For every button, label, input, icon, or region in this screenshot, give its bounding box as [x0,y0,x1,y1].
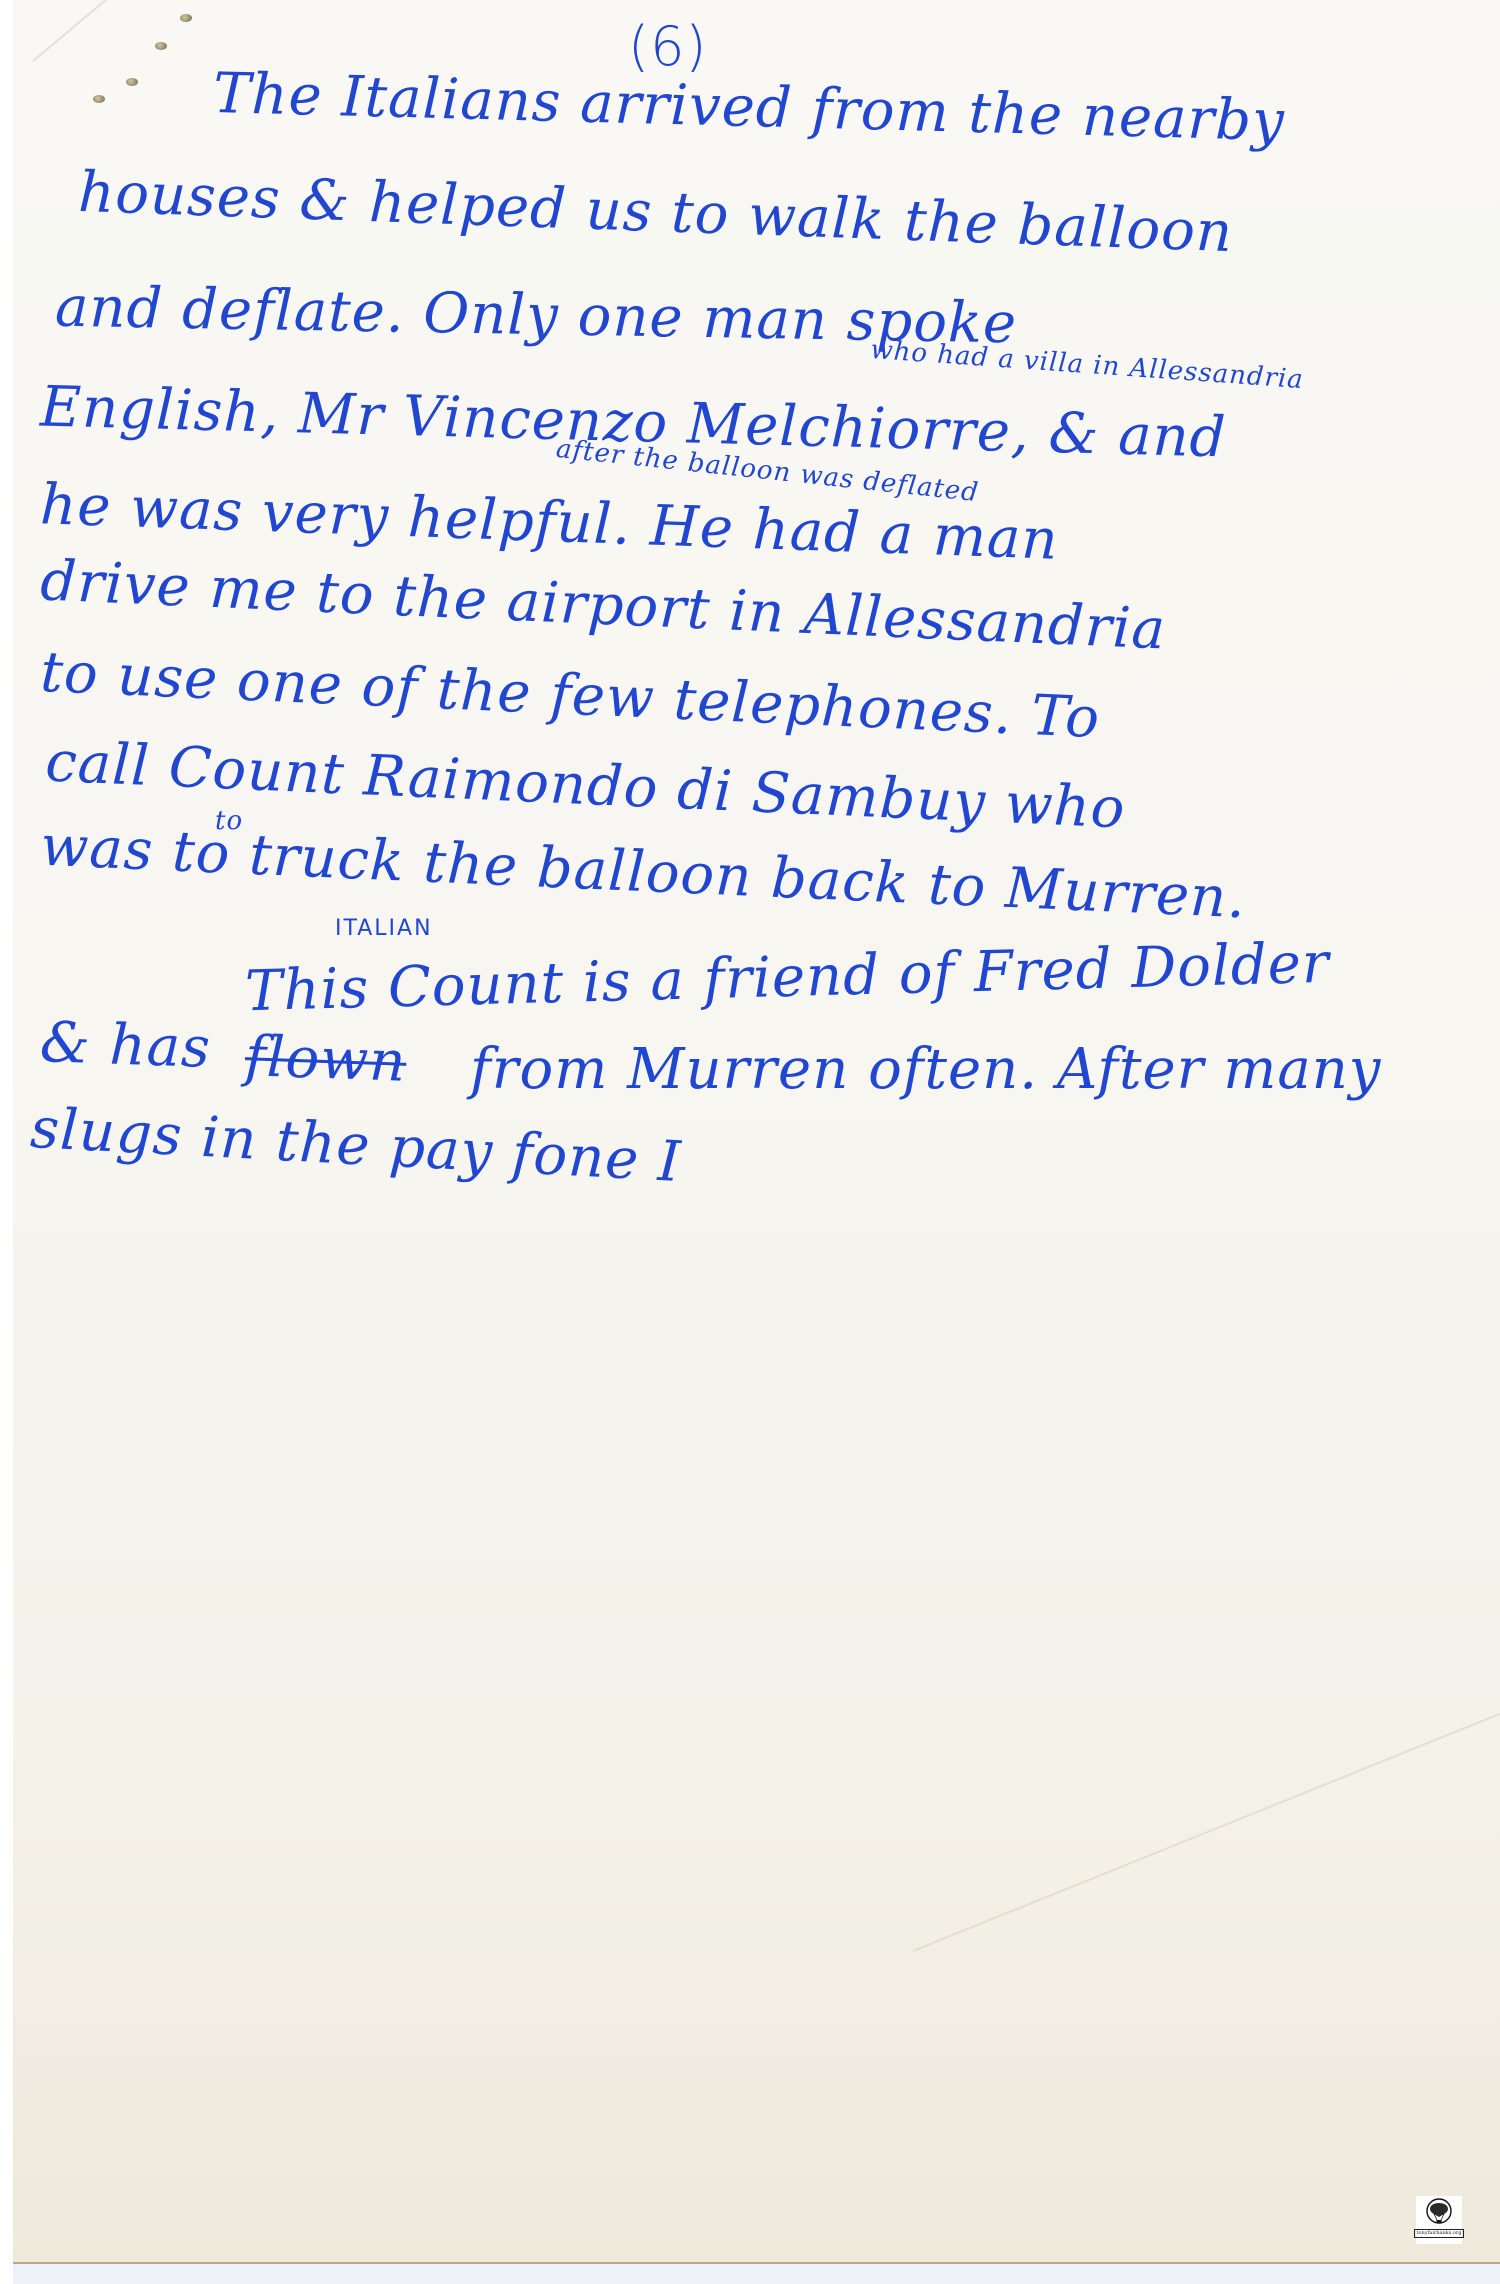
handwritten-line-7: to use one of the few telephones. To [39,645,1101,747]
handwritten-line-10: This Count is a friend of Fred Dolder [244,936,1330,1020]
handwritten-line-2: houses & helped us to walk the balloon [77,165,1234,261]
staple-hole [93,95,105,103]
hot-air-balloon-icon [1424,2198,1454,2228]
struck-word-flown: flown [244,1029,407,1091]
letter-page: (6) The Italians arrived from the nearby… [13,0,1500,2262]
watermark-logo: tonyfairbanks.org [1416,2196,1462,2244]
paper-crease [32,0,232,62]
watermark-text: tonyfairbanks.org [1414,2229,1463,2238]
handwritten-line-12: slugs in the pay fone I [29,1101,683,1191]
page-number: (6) [628,20,708,74]
insertion-villa: who had a villa in Allessandria [870,337,1305,393]
staple-hole [126,78,138,86]
handwritten-line-11-start: & has [39,1015,212,1077]
scan-left-margin [0,0,13,2284]
staple-hole [155,42,167,50]
insertion-italian: ITALIAN [335,918,433,940]
handwritten-line-11-end: from Murren often. After many [470,1042,1381,1098]
handwritten-line-1: The Italians arrived from the nearby [212,66,1285,150]
staple-hole [180,14,192,22]
